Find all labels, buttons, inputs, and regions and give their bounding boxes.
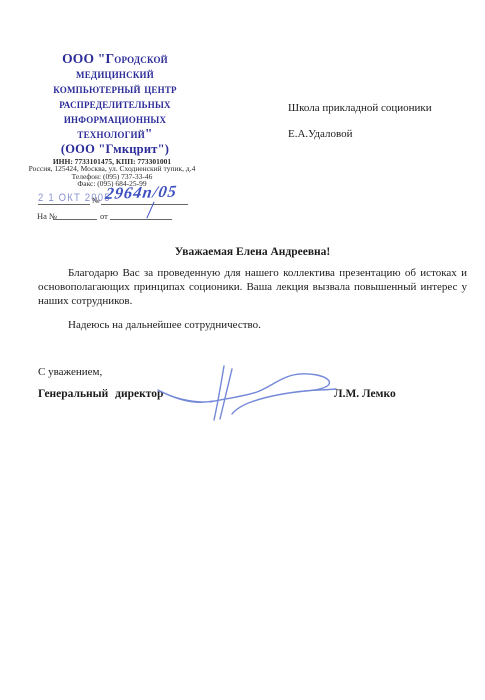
form-line bbox=[101, 204, 188, 205]
org-short-name: (ООО "Гмкцрит") bbox=[33, 141, 197, 157]
recipient-block: Школа прикладной соционики Е.А.Удаловой bbox=[288, 102, 432, 140]
signature bbox=[150, 356, 345, 422]
salutation: Уважаемая Елена Андреевна! bbox=[38, 246, 467, 258]
form-line bbox=[38, 204, 90, 205]
body-paragraph: Благодарю Вас за проведенную для нашего … bbox=[38, 267, 467, 308]
letter-page: ООО "Городской медицинский компьютерный … bbox=[0, 0, 485, 700]
closing-regards: С уважением, bbox=[38, 366, 102, 378]
letterhead: ООО "Городской медицинский компьютерный … bbox=[33, 51, 197, 157]
recipient-person: Е.А.Удаловой bbox=[288, 128, 432, 140]
form-line bbox=[53, 219, 97, 220]
body-paragraph: Надеюсь на дальнейшее сотрудничество. bbox=[38, 319, 467, 333]
form-line bbox=[110, 219, 172, 220]
signer-name: Л.М. Лемко bbox=[334, 388, 396, 400]
signer-position: Генеральный директор bbox=[38, 388, 163, 400]
org-name-line: компьютерный центр bbox=[33, 81, 197, 96]
org-name-line: технологий" bbox=[33, 126, 197, 141]
org-name-line: информационных bbox=[33, 111, 197, 126]
org-name-line: распределительных bbox=[33, 96, 197, 111]
org-name-line: ООО "Городской bbox=[33, 51, 197, 66]
handwritten-outgoing-number: 2964п/05 bbox=[104, 182, 178, 204]
org-name-line: медицинский bbox=[33, 66, 197, 81]
number-sign: № bbox=[92, 196, 100, 205]
recipient-organization: Школа прикладной соционики bbox=[288, 102, 432, 114]
ref-ot-label: от bbox=[100, 211, 108, 221]
